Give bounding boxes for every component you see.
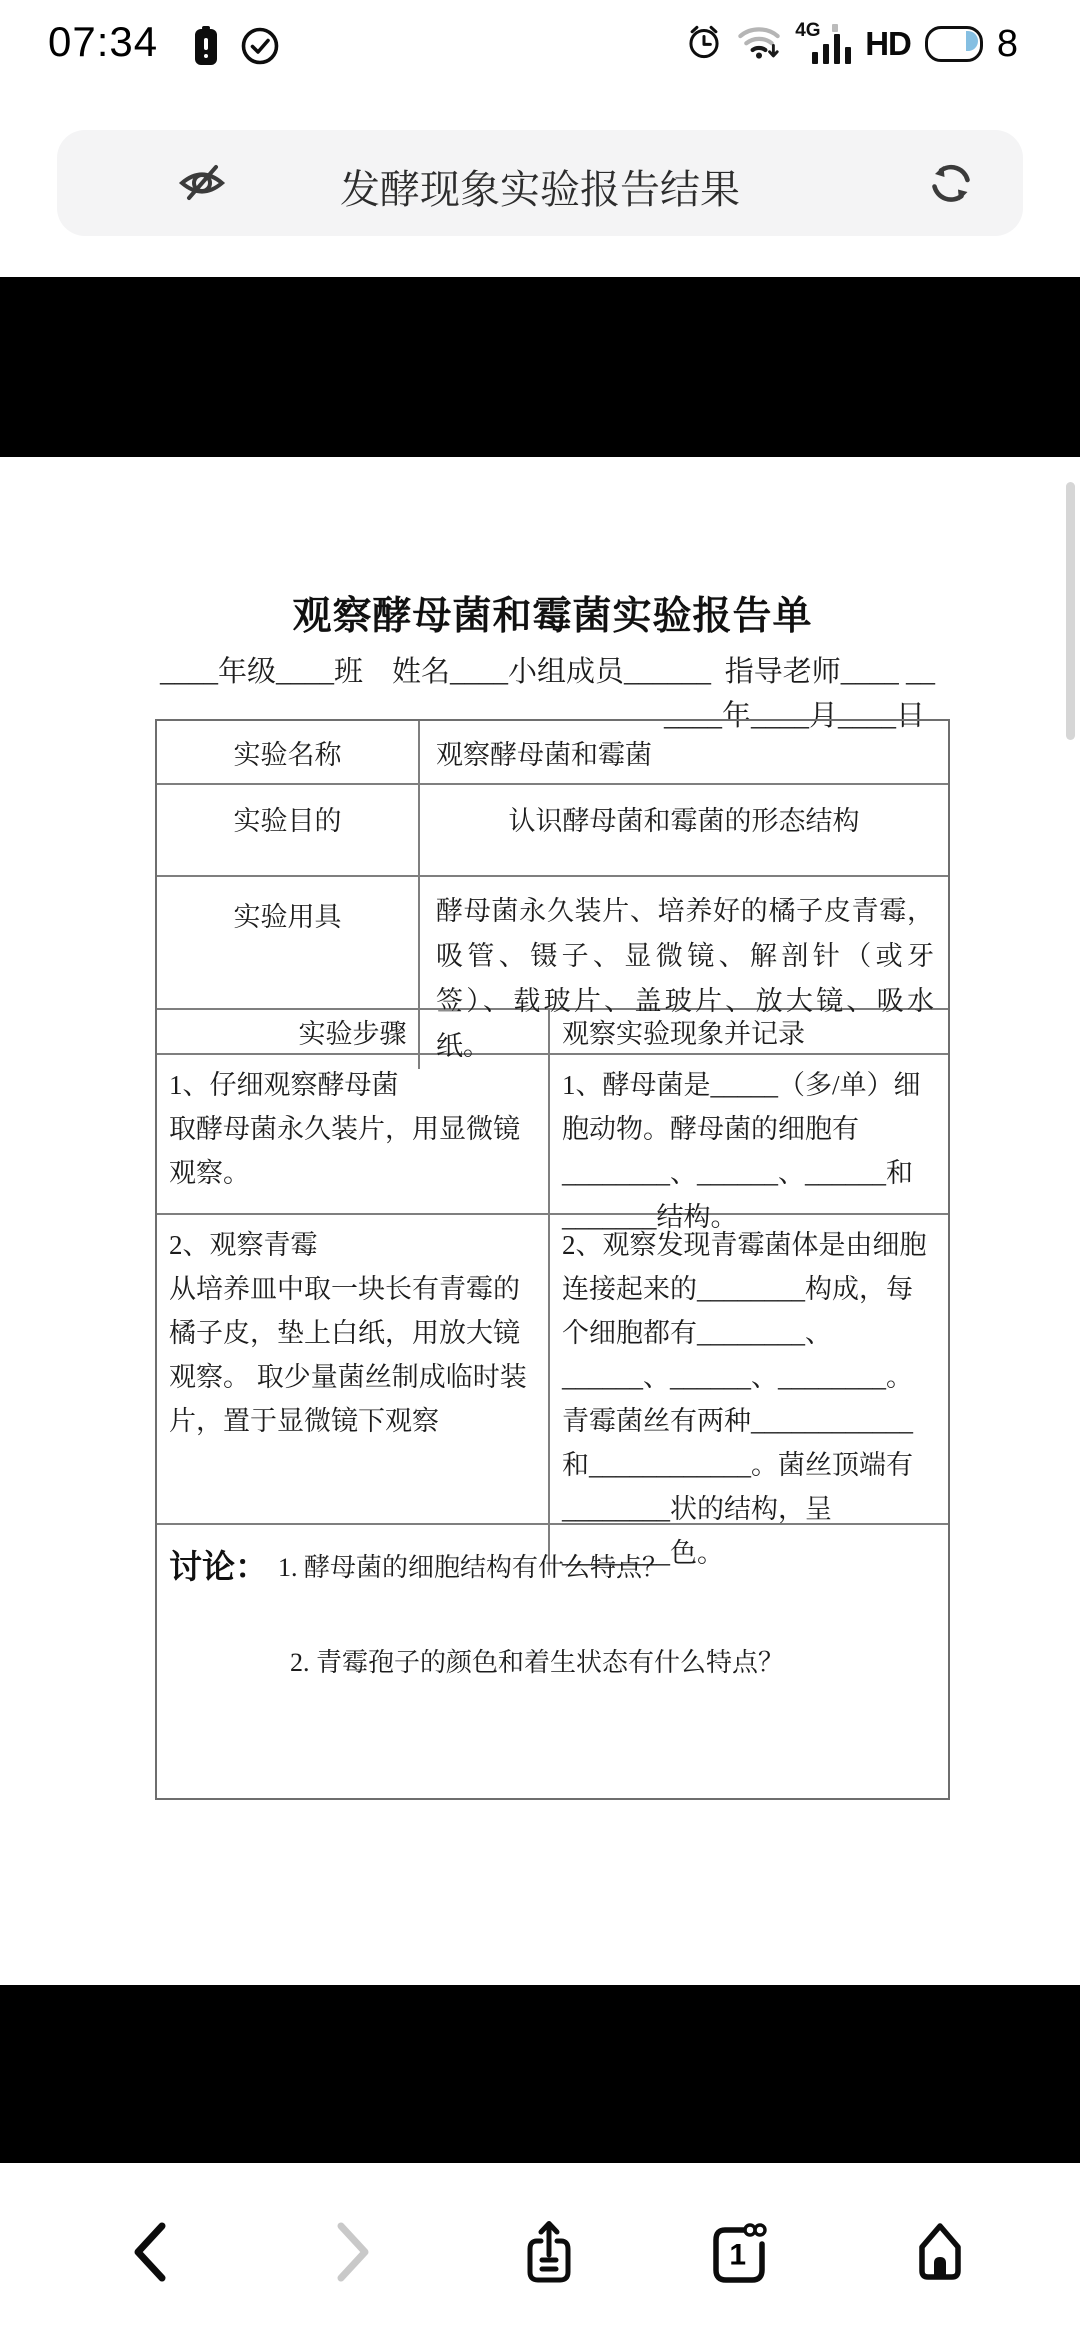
step-observation: 1、酵母菌是_____（多/单）细胞动物。酵母菌的细胞有________、___… [550, 1055, 948, 1239]
steps-header-left: 实验步骤 [157, 1010, 550, 1053]
hd-label: HD [865, 25, 911, 63]
step-procedure: 2、观察青霉 从培养皿中取一块长有青霉的橘子皮，垫上白纸，用放大镜观察。 取少量… [157, 1215, 550, 1575]
scrollbar-thumb[interactable] [1066, 482, 1075, 740]
forward-icon [332, 2221, 374, 2288]
battery-alert-icon [194, 26, 218, 71]
report-document: 观察酵母菌和霉菌实验报告单 ____年级____班 姓名____小组成员____… [0, 457, 1080, 1985]
step-row: 2、观察青霉 从培养皿中取一块长有青霉的橘子皮，垫上白纸，用放大镜观察。 取少量… [157, 1213, 948, 1523]
alarm-clock-icon [685, 23, 723, 66]
table-row: 实验目的 认识酵母菌和霉菌的形态结构 [157, 783, 948, 875]
step-body: 从培养皿中取一块长有青霉的橘子皮，垫上白纸，用放大镜观察。 取少量菌丝制成临时装… [169, 1267, 538, 1443]
wifi-icon [737, 23, 781, 66]
status-bar: 07:34 [0, 0, 1080, 92]
letterbox-bottom [0, 1985, 1080, 2163]
steps-header-row: 实验步骤 观察实验现象并记录 [157, 1008, 948, 1053]
share-icon [521, 2219, 577, 2290]
letterbox-top [0, 277, 1080, 457]
page-header: 发酵现象实验报告结果 [57, 130, 1023, 236]
home-button[interactable] [908, 2221, 972, 2287]
step-title: 1、仔细观察酵母菌 [169, 1063, 538, 1107]
document-title: 观察酵母菌和霉菌实验报告单 [155, 585, 950, 641]
battery-pill-icon [925, 26, 983, 62]
step-row: 1、仔细观察酵母菌 取酵母菌永久装片，用显微镜观察。 1、酵母菌是_____（多… [157, 1053, 948, 1213]
row-label: 实验名称 [157, 721, 420, 783]
signal-bars-icon: 4G [795, 24, 851, 64]
teacher-blank: 指导老师____ __ [725, 649, 935, 690]
step-title: 2、观察青霉 [169, 1223, 538, 1267]
navigation-bar: 1 [0, 2163, 1080, 2340]
row-content: 观察酵母菌和霉菌 [420, 721, 948, 783]
share-button[interactable] [517, 2221, 581, 2287]
table-row: 实验名称 观察酵母菌和霉菌 [157, 721, 948, 783]
report-table: 实验名称 观察酵母菌和霉菌 实验目的 认识酵母菌和霉菌的形态结构 实验用具 酵母… [155, 719, 950, 1800]
tabs-count: 1 [729, 2238, 746, 2272]
row-content: 认识酵母菌和霉菌的形态结构 [420, 785, 948, 875]
back-icon [129, 2221, 171, 2288]
forward-button[interactable] [321, 2221, 385, 2287]
battery-percent: 8 [997, 23, 1018, 66]
step-observation: 2、观察发现青霉菌体是由细胞连接起来的________构成，每个细胞都有____… [550, 1215, 948, 1575]
step-body: 取酵母菌永久装片，用显微镜观察。 [169, 1107, 538, 1195]
tabs-icon: 1 [708, 2222, 770, 2286]
info-blanks: ____年级____班 姓名____小组成员______ [160, 649, 711, 690]
refresh-icon[interactable] [927, 158, 975, 208]
document-info-line: ____年级____班 姓名____小组成员______ 指导老师____ __ [160, 649, 935, 690]
discussion-question-1: 1. 酵母菌的细胞结构有什么特点？ [278, 1547, 784, 1584]
check-circle-icon [240, 26, 280, 71]
row-label: 实验目的 [157, 785, 420, 875]
steps-header-right: 观察实验现象并记录 [550, 1010, 948, 1053]
table-row: 实验用具 酵母菌永久装片、培养好的橘子皮青霉，吸管、镊子、显微镜、解剖针（或牙签… [157, 875, 948, 1008]
discussion-label: 讨论： [169, 1541, 268, 1588]
tabs-button[interactable]: 1 [707, 2221, 771, 2287]
discussion-question-2: 2. 青霉孢子的颜色和着生状态有什么特点？ [290, 1642, 784, 1679]
home-icon [912, 2221, 968, 2288]
step-procedure: 1、仔细观察酵母菌 取酵母菌永久装片，用显微镜观察。 [157, 1055, 550, 1239]
back-button[interactable] [118, 2221, 182, 2287]
page-title: 发酵现象实验报告结果 [57, 158, 1023, 215]
clock-time: 07:34 [48, 18, 158, 66]
